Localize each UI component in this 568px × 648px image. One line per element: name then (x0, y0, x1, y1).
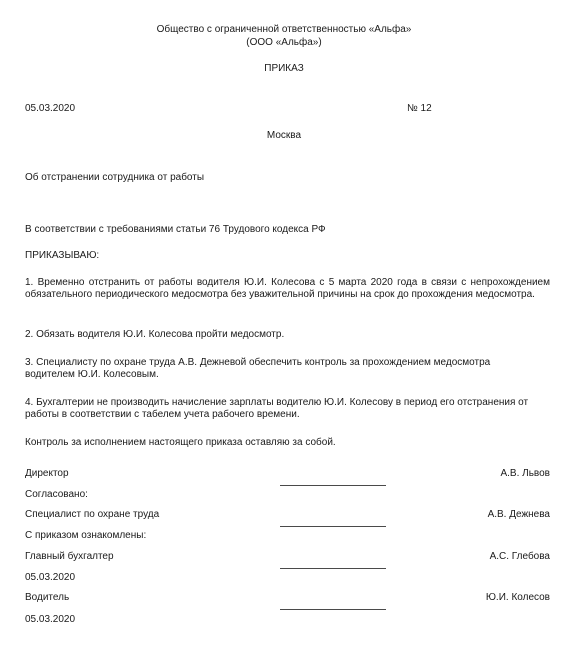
order-city: Москва (0, 130, 568, 142)
driver-name: Ю.И. Колесов (486, 592, 550, 604)
order-item-2: 2. Обязать водителя Ю.И. Колесова пройти… (25, 329, 550, 341)
safety-role: Специалист по охране труда (25, 509, 159, 521)
safety-name: А.В. Дежнева (488, 509, 550, 521)
order-date: 05.03.2020 (25, 103, 75, 115)
order-number: № 12 (407, 103, 432, 115)
order-item-1: 1. Временно отстранить от работы водител… (25, 277, 550, 301)
order-item-3: 3. Специалисту по охране труда А.В. Дежн… (25, 357, 505, 381)
accountant-role: Главный бухгалтер (25, 551, 114, 563)
order-basis: В соответствии с требованиями статьи 76 … (25, 224, 326, 236)
driver-date: 05.03.2020 (25, 614, 75, 626)
company-name: Общество с ограниченной ответственностью… (0, 24, 568, 36)
accountant-signature-line (280, 568, 386, 569)
driver-role: Водитель (25, 592, 69, 604)
order-word: ПРИКАЗЫВАЮ: (25, 250, 99, 262)
company-short-name: (ООО «Альфа») (0, 37, 568, 49)
acquainted-label: С приказом ознакомлены: (25, 530, 146, 542)
director-role: Директор (25, 468, 69, 480)
order-item-4: 4. Бухгалтерии не производить начисление… (25, 397, 540, 421)
safety-signature-line (280, 526, 386, 527)
accountant-name: А.С. Глебова (490, 551, 550, 563)
document-type: ПРИКАЗ (0, 63, 568, 75)
order-control: Контроль за исполнением настоящего прика… (25, 437, 336, 449)
director-signature-line (280, 485, 386, 486)
driver-signature-line (280, 609, 386, 610)
agreed-label: Согласовано: (25, 489, 88, 501)
order-subject: Об отстранении сотрудника от работы (25, 172, 204, 184)
director-name: А.В. Львов (500, 468, 550, 480)
accountant-date: 05.03.2020 (25, 572, 75, 584)
